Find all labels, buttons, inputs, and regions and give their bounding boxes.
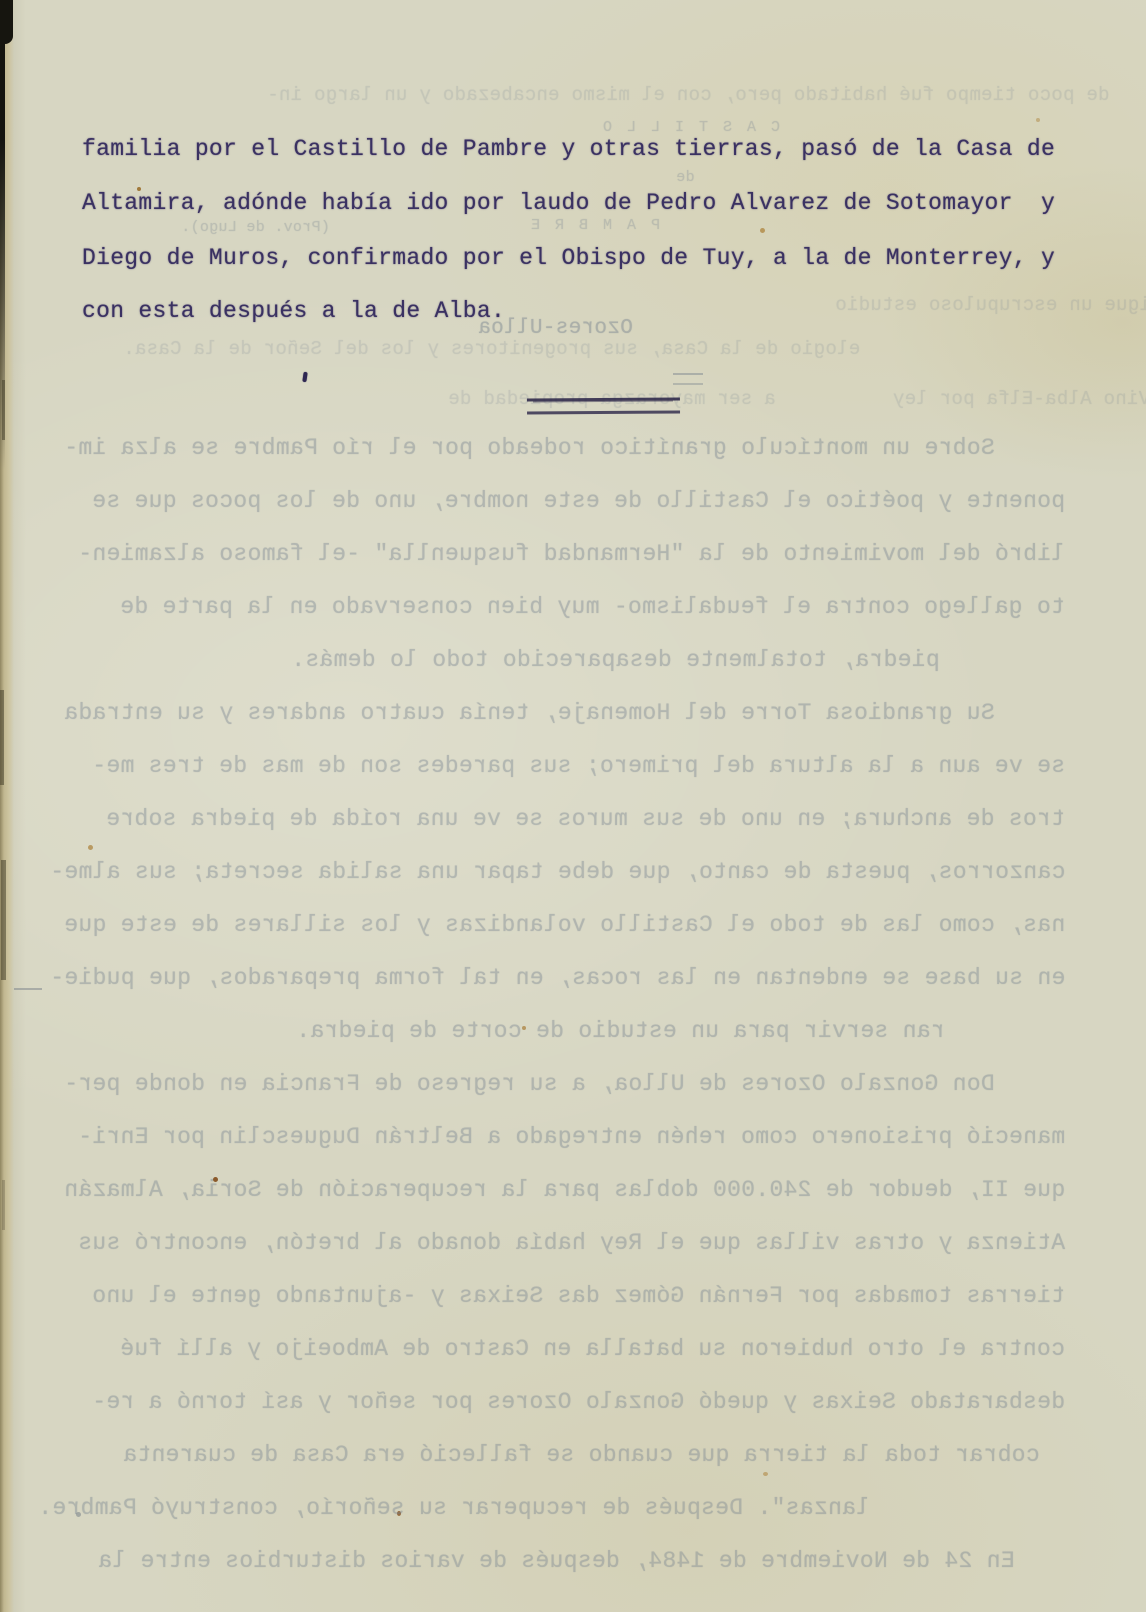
bleed-body-line: cobrar toda la tierra que cuando se fall…: [123, 1444, 1040, 1467]
edge-mark: [2, 380, 5, 440]
bleed-body-line: Su grandiosa Torre del Homenaje, tenía c…: [64, 702, 995, 725]
bleed-body-line: se ve aun a la altura del primero; sus p…: [92, 755, 1065, 778]
bleed-body-line: canzorros, puesta de canto, que debe tap…: [50, 861, 1065, 884]
bleed-body-line: lanzas". Después de recuperar su señorío…: [38, 1497, 870, 1520]
bleed-fragment-line: y sigue un escrupuloso estudio: [835, 296, 1146, 315]
foxing-speck: [88, 845, 93, 850]
faint-underline-mark: [14, 988, 42, 990]
typed-text-line: Diego de Muros, confirmado por el Obispo…: [82, 247, 1055, 270]
bleed-body-line: to gallego contra el feudalismo- muy bie…: [120, 596, 1065, 619]
bleed-body-line: En 24 de Noviembre de 1484, después de v…: [98, 1550, 1015, 1573]
bleed-title-pambre: P A M B R E: [528, 218, 660, 233]
bleed-body-line: desbaratado Seixas y quedó Gonzalo Ozore…: [92, 1391, 1065, 1414]
bleed-body-line: ran servir para un estudio de corte de p…: [296, 1020, 945, 1043]
bleed-body-line: tierras tomadas por Fernán Gómez das Sei…: [92, 1285, 1065, 1308]
bleed-fragment-line: elogio de la Casa, sus progenitores y lo…: [123, 340, 860, 359]
bleed-body-line: maneció prisionero como rehén entregado …: [78, 1126, 1065, 1149]
bleed-body-line: Sobre un montículo granítico rodeado por…: [64, 437, 995, 460]
typed-separator-line: [527, 397, 680, 414]
faint-separator-mark: [673, 373, 703, 385]
foxing-speck: [1036, 118, 1040, 122]
bleed-body-line: libró del movimiento de la "Hermandad fu…: [78, 543, 1065, 566]
bleed-title-de: de: [676, 170, 695, 185]
bleed-body-line: tros de anchura; en uno de sus muros se …: [106, 808, 1065, 831]
bleed-body-line: ponente y poético el Castillo de este no…: [92, 490, 1065, 513]
bleed-body-line: Don Gonzalo Ozores de Ulloa, a su regres…: [64, 1073, 995, 1096]
scanned-document-page: de poco tiempo fué habitado pero, con el…: [0, 0, 1146, 1612]
bleed-title-prov: (Prov. de Lugo).: [181, 220, 330, 235]
bleed-body-line: piedra, totalmente desaparecido todo lo …: [291, 649, 940, 672]
bleed-body-line: que II, deudor de 240.000 doblas para la…: [64, 1179, 1065, 1202]
edge-mark: [1, 860, 6, 980]
bleed-header-line: de poco tiempo fué habitado pero, con el…: [267, 86, 1110, 105]
typed-text-line: con esta después a la de Alba.: [82, 300, 505, 323]
stray-ink-mark: [302, 372, 307, 382]
bleed-title-castillo: C A S T I L L O: [600, 120, 780, 135]
typed-text-line: familia por el Castillo de Pambre y otra…: [82, 138, 1055, 161]
foxing-speck: [763, 1472, 768, 1476]
edge-mark: [0, 690, 4, 785]
typed-text-line: Altamira, adónde había ido por laudo de …: [82, 192, 1055, 215]
bleed-body-line: contra el otro hubieron su batalla en Ca…: [120, 1338, 1065, 1361]
foxing-speck: [760, 228, 765, 233]
bleed-body-line: en su base se endentan en las rocas, en …: [50, 967, 1065, 990]
bleed-body-line: nas, como las de todo el Castillo voland…: [64, 914, 1065, 937]
bleed-body-line: Atienza y otras villas que el Rey había …: [78, 1232, 1065, 1255]
edge-mark: [2, 1180, 5, 1230]
